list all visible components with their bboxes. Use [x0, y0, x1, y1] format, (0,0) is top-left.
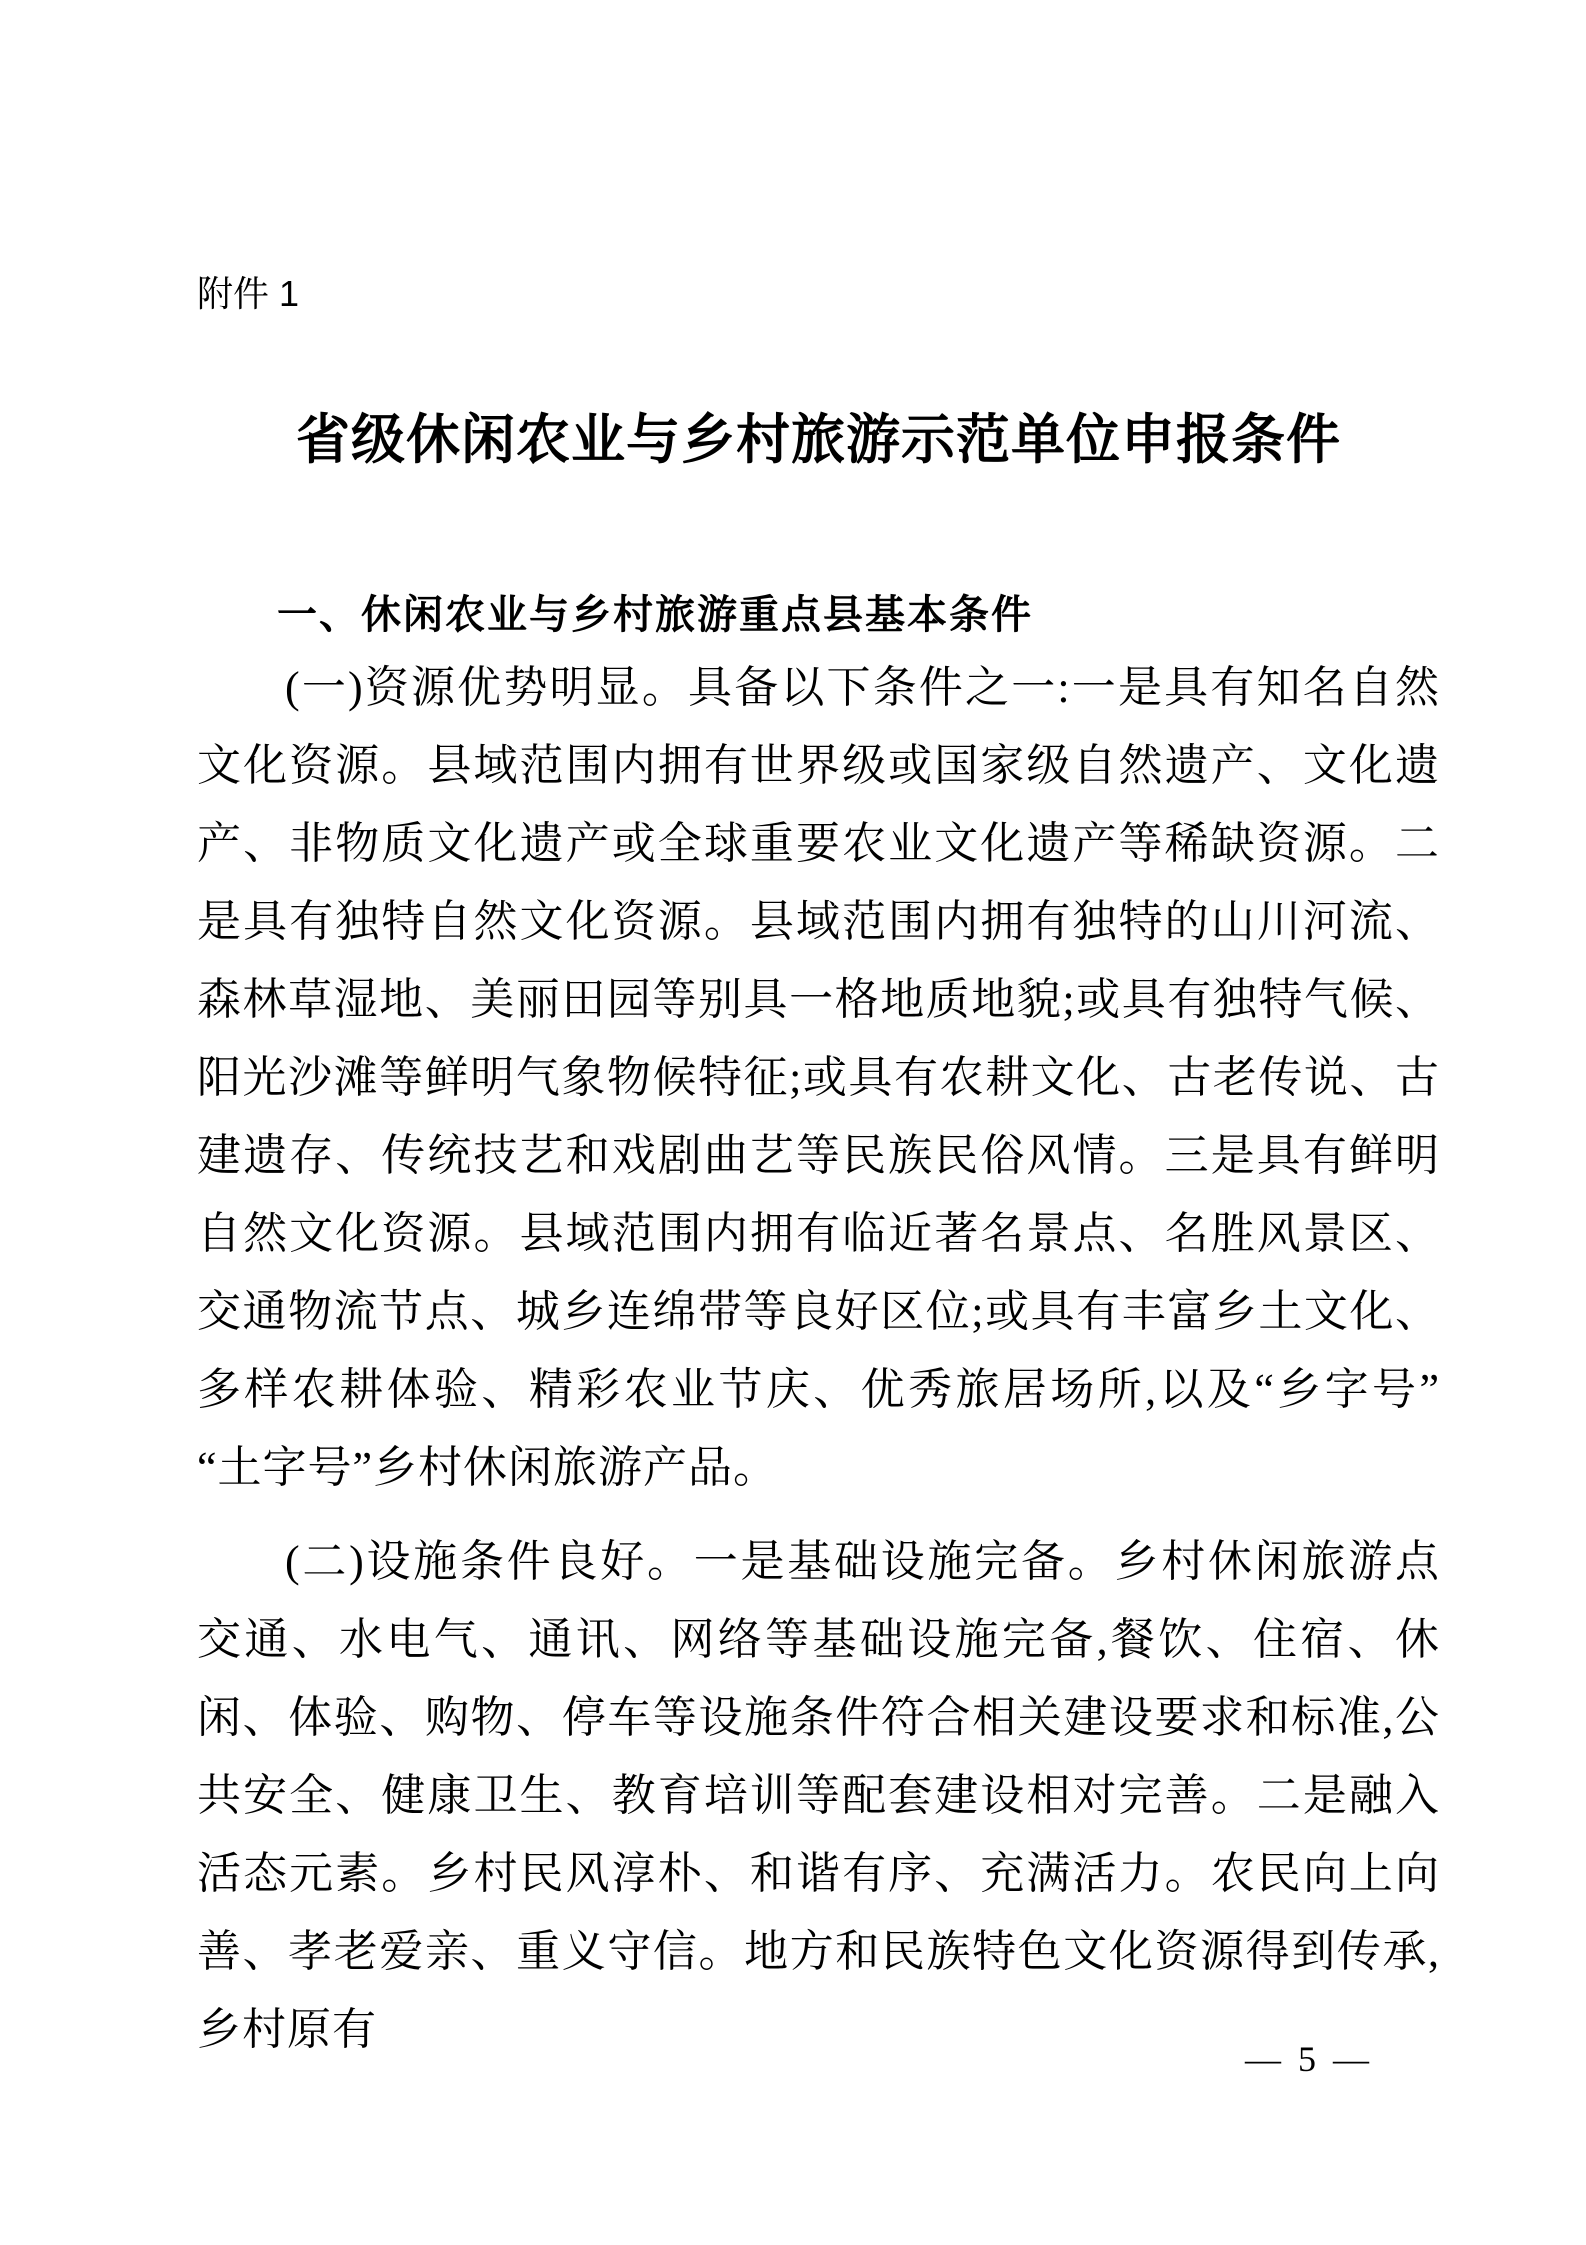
document-title: 省级休闲农业与乡村旅游示范单位申报条件	[197, 407, 1440, 475]
page-number: — 5 —	[1245, 2038, 1373, 2081]
paragraph-resource-advantages: (一)资源优势明显。具备以下条件之一:一是具有知名自然文化资源。县域范围内拥有世…	[197, 649, 1440, 1507]
paragraph-facility-conditions: (二)设施条件良好。一是基础设施完备。乡村休闲旅游点交通、水电气、通讯、网络等基…	[197, 1523, 1440, 2069]
section-heading: 一、休闲农业与乡村旅游重点县基本条件	[197, 591, 1440, 639]
attachment-label: 附件 1	[197, 272, 1440, 315]
document-content: 附件 1 省级休闲农业与乡村旅游示范单位申报条件 一、休闲农业与乡村旅游重点县基…	[0, 272, 1586, 2069]
document-page: 附件 1 省级休闲农业与乡村旅游示范单位申报条件 一、休闲农业与乡村旅游重点县基…	[0, 0, 1586, 2245]
